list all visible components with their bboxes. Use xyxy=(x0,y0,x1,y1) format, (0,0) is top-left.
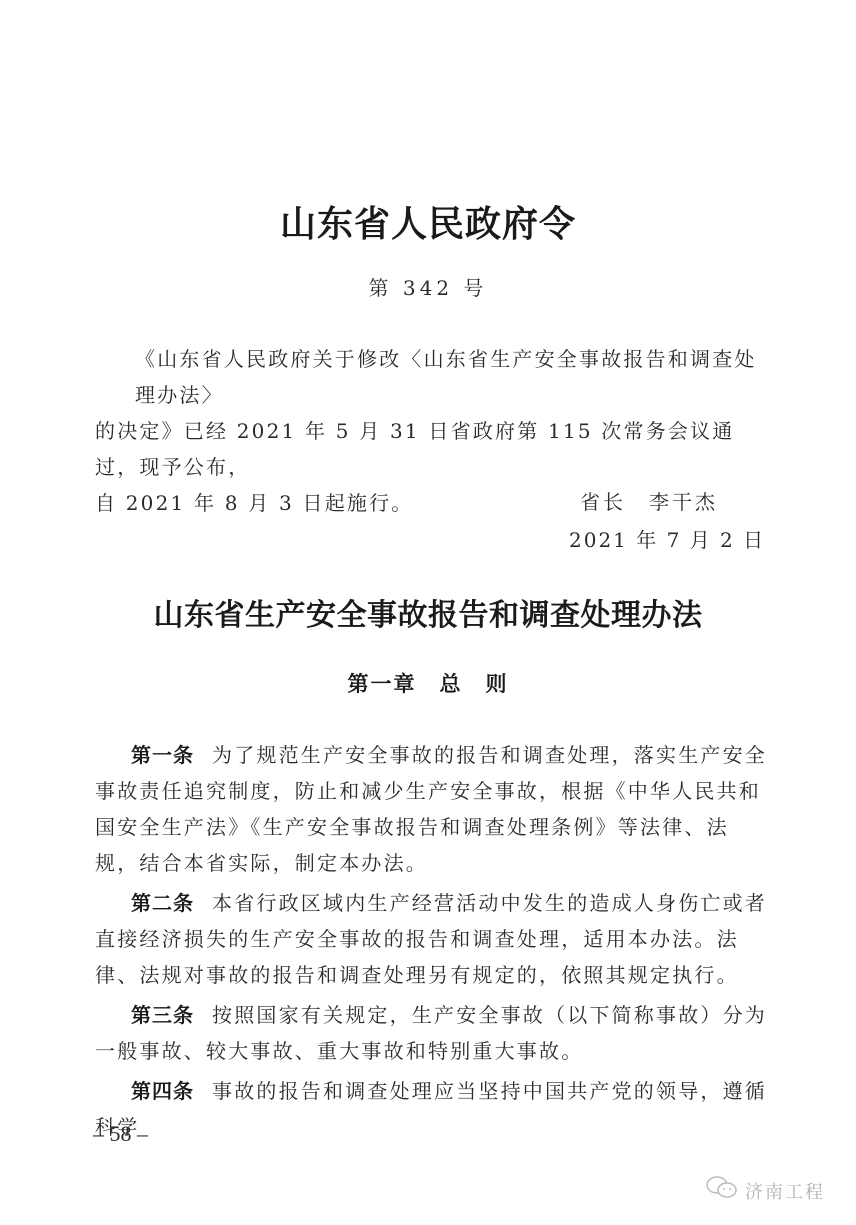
article-2: 第二条本省行政区域内生产经营活动中发生的造成人身伤亡或者直接经济损失的生产安全事… xyxy=(95,885,770,993)
article-text: 为了规范生产安全事故的报告和调查处理，落实生产安全事故责任追究制度，防止和减少生… xyxy=(95,743,767,875)
article-1: 第一条为了规范生产安全事故的报告和调查处理，落实生产安全事故责任追究制度，防止和… xyxy=(95,737,770,881)
articles: 第一条为了规范生产安全事故的报告和调查处理，落实生产安全事故责任追究制度，防止和… xyxy=(95,737,770,1149)
order-number: 第 342 号 xyxy=(0,272,856,301)
signatory: 省长 李干杰 xyxy=(580,486,718,515)
article-text: 按照国家有关规定，生产安全事故（以下简称事故）分为一般事故、较大事故、重大事故和… xyxy=(95,1003,767,1063)
article-label: 第四条 xyxy=(95,1079,194,1103)
article-4: 第四条事故的报告和调查处理应当坚持中国共产党的领导，遵循科学 xyxy=(95,1073,770,1145)
signature-date: 2021 年 7 月 2 日 xyxy=(569,524,765,553)
wechat-icon xyxy=(705,1175,739,1206)
decree-title: 山东省人民政府令 xyxy=(0,196,856,247)
article-text: 事故的报告和调查处理应当坚持中国共产党的领导，遵循科学 xyxy=(95,1079,767,1139)
watermark: 济南工程 xyxy=(705,1175,825,1206)
article-label: 第二条 xyxy=(95,891,194,915)
article-label: 第三条 xyxy=(95,1003,194,1027)
chapter-heading: 第一章 总 则 xyxy=(0,668,856,698)
document-title: 山东省生产安全事故报告和调查处理办法 xyxy=(0,590,856,634)
page-number: – 58 – xyxy=(93,1121,148,1147)
watermark-text: 济南工程 xyxy=(745,1178,825,1204)
intro-line: 《山东省人民政府关于修改〈山东省生产安全事故报告和调查处理办法〉 xyxy=(95,341,770,413)
article-3: 第三条按照国家有关规定，生产安全事故（以下简称事故）分为一般事故、较大事故、重大… xyxy=(95,997,770,1069)
article-label: 第一条 xyxy=(95,743,194,767)
article-text: 本省行政区域内生产经营活动中发生的造成人身伤亡或者直接经济损失的生产安全事故的报… xyxy=(95,891,767,987)
intro-line: 的决定》已经 2021 年 5 月 31 日省政府第 115 次常务会议通过，现… xyxy=(95,413,770,485)
